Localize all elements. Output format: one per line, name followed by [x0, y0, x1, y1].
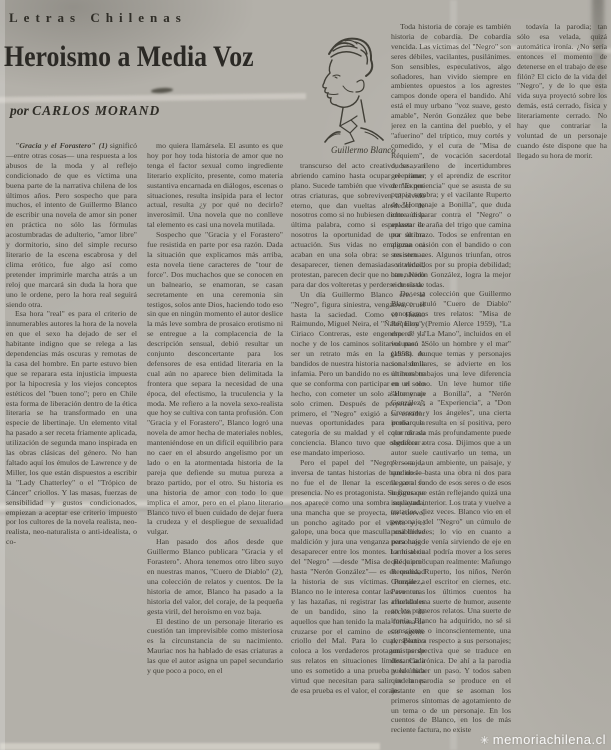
watermark-text: memoriachilena.cl	[493, 732, 606, 747]
article-column-1: "Gracia y el Forastero" (1)significó —en…	[6, 141, 137, 619]
newspaper-clipping: Letras Chilenas Heroismo a Media Voz por…	[0, 0, 611, 750]
watermark: ✳memoriachilena.cl	[480, 732, 606, 747]
article-paragraph: todavía la parodia; tan sólo esa velada,…	[517, 22, 607, 161]
byline-prefix: por	[10, 103, 29, 118]
article-paragraph: El destino de un personaje literario es …	[147, 617, 283, 676]
article-paragraph: Sospecho que "Gracia y el Forastero" fue…	[147, 230, 283, 537]
article-column-4: Toda historia de coraje es también histo…	[391, 22, 511, 735]
paper-edge-highlight	[0, 0, 5, 750]
article-paragraph: mo quiera llamársela. El asunto es que h…	[147, 141, 283, 230]
section-label: Letras Chilenas	[9, 10, 187, 26]
article-paragraph: Han pasado dos años desde que Guillermo …	[147, 537, 283, 616]
ink-smudge	[151, 87, 173, 94]
memoriachilena-logo-icon: ✳	[480, 735, 490, 747]
article-headline: Heroismo a Media Voz	[4, 40, 254, 74]
byline: por CARLOS MORAND	[10, 103, 160, 119]
author-caricature-illustration	[295, 30, 399, 146]
byline-author: CARLOS MORAND	[32, 103, 160, 118]
article-paragraph: Esa hora "real" es para el criterio de i…	[6, 309, 137, 547]
paper-crease	[0, 93, 306, 103]
article-paragraph: De esta colección que Guillermo Blanco t…	[391, 289, 511, 735]
article-column-5: todavía la parodia; tan sólo esa velada,…	[517, 22, 607, 164]
paragraph-text: significó —entre otras cosas— una respue…	[6, 141, 137, 309]
article-column-2: mo quiera llamársela. El asunto es que h…	[147, 141, 283, 748]
book-title-lead: "Gracia y el Forastero" (1)	[15, 141, 108, 150]
column1-paragraphs: Esa hora "real" es para el criterio de i…	[6, 309, 137, 547]
article-paragraph: "Gracia y el Forastero" (1)significó —en…	[6, 141, 137, 309]
article-paragraph: Toda historia de coraje es también histo…	[391, 22, 511, 289]
